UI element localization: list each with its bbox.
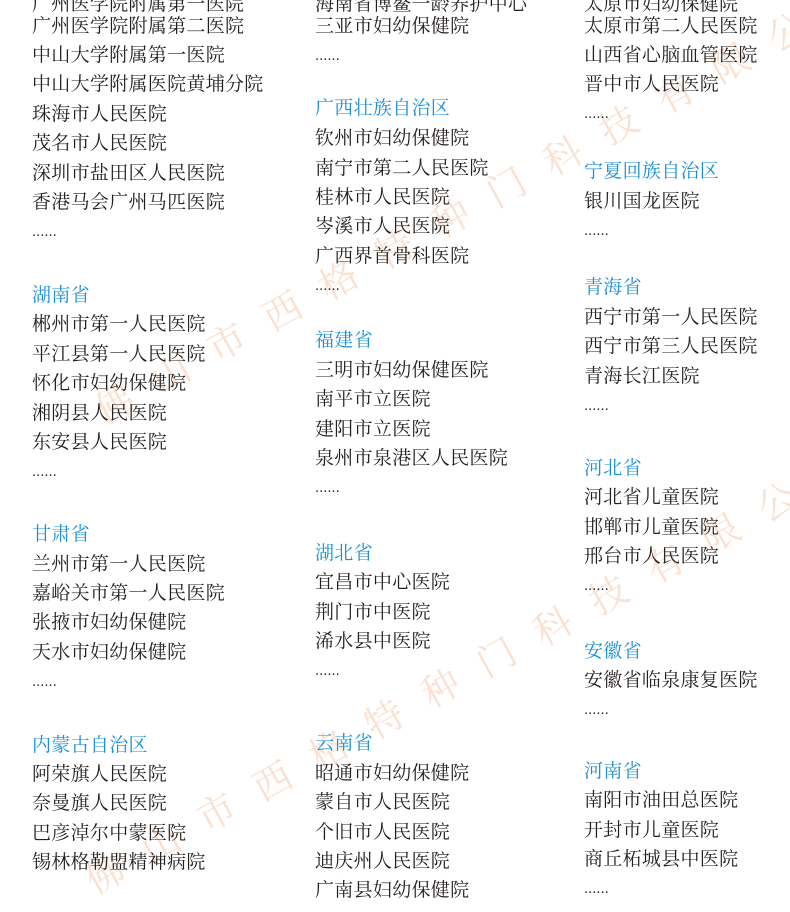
- hospital-item: 嘉峪关市第一人民医院: [32, 582, 225, 604]
- hospital-item: 平江县第一人民医院: [32, 343, 206, 365]
- hospital-item: 西宁市第一人民医院: [584, 306, 758, 328]
- more-ellipsis: ......: [584, 104, 609, 126]
- province-header: 内蒙古自治区: [32, 734, 148, 756]
- hospital-item: 建阳市立医院: [315, 418, 431, 440]
- hospital-item: 青海长江医院: [584, 365, 700, 387]
- more-ellipsis: ......: [584, 879, 609, 901]
- hospital-item: 海南省博鳌一龄养护中心: [315, 0, 527, 15]
- hospital-item: 郴州市第一人民医院: [32, 313, 206, 335]
- hospital-item: 太原市妇幼保健院: [584, 0, 738, 15]
- hospital-item: 三明市妇幼保健医院: [315, 359, 489, 381]
- hospital-item: 锡林格勒盟精神病院: [32, 851, 206, 873]
- hospital-item: 三亚市妇幼保健院: [315, 15, 469, 37]
- hospital-item: 深圳市盐田区人民医院: [32, 162, 225, 184]
- hospital-item: 广州医学院附属第二医院: [32, 15, 244, 37]
- more-ellipsis: ......: [584, 576, 609, 598]
- hospital-item: 湘阴县人民医院: [32, 402, 167, 424]
- hospital-item: 天水市妇幼保健院: [32, 641, 186, 663]
- hospital-item: 广南县妇幼保健院: [315, 879, 469, 901]
- hospital-item: 兰州市第一人民医院: [32, 553, 206, 575]
- hospital-item: 昭通市妇幼保健院: [315, 762, 469, 784]
- more-ellipsis: ......: [315, 478, 340, 500]
- hospital-item: 东安县人民医院: [32, 431, 167, 453]
- hospital-item: 迪庆州人民医院: [315, 850, 450, 872]
- province-header: 广西壮族自治区: [315, 97, 450, 119]
- hospital-item: 晋中市人民医院: [584, 73, 719, 95]
- hospital-item: 安徽省临泉康复医院: [584, 669, 758, 691]
- hospital-item: 广西界首骨科医院: [315, 245, 469, 267]
- province-header: 湖北省: [315, 542, 373, 564]
- more-ellipsis: ......: [584, 700, 609, 722]
- hospital-item: 商丘柘城县中医院: [584, 848, 738, 870]
- hospital-item: 个旧市人民医院: [315, 821, 450, 843]
- province-header: 安徽省: [584, 640, 642, 662]
- hospital-item: 银川国龙医院: [584, 190, 700, 212]
- hospital-item: 怀化市妇幼保健院: [32, 372, 186, 394]
- hospital-item: 钦州市妇幼保健院: [315, 127, 469, 149]
- hospital-item: 桂林市人民医院: [315, 186, 450, 208]
- more-ellipsis: ......: [584, 221, 609, 243]
- more-ellipsis: ......: [32, 222, 57, 244]
- hospital-item: 张掖市妇幼保健院: [32, 611, 186, 633]
- more-ellipsis: ......: [315, 661, 340, 683]
- more-ellipsis: ......: [32, 672, 57, 694]
- hospital-item: 香港马会广州马匹医院: [32, 191, 225, 213]
- province-header: 河南省: [584, 760, 642, 782]
- hospital-item: 邢台市人民医院: [584, 545, 719, 567]
- hospital-item: 南宁市第二人民医院: [315, 157, 489, 179]
- province-header: 宁夏回族自治区: [584, 160, 719, 182]
- hospital-item: 太原市第二人民医院: [584, 15, 758, 37]
- hospital-item: 阿荣旗人民医院: [32, 763, 167, 785]
- hospital-item: 荆门市中医院: [315, 601, 431, 623]
- hospital-item: 奈曼旗人民医院: [32, 792, 167, 814]
- hospital-item: 南阳市油田总医院: [584, 789, 738, 811]
- hospital-item: 邯郸市儿童医院: [584, 516, 719, 538]
- hospital-item: 泉州市泉港区人民医院: [315, 447, 508, 469]
- hospital-item: 岑溪市人民医院: [315, 215, 450, 237]
- province-header: 青海省: [584, 276, 642, 298]
- hospital-item: 蒙自市人民医院: [315, 791, 450, 813]
- hospital-item: 南平市立医院: [315, 388, 431, 410]
- hospital-item: 山西省心脑血管医院: [584, 44, 758, 66]
- hospital-item: 巴彦淖尔中蒙医院: [32, 822, 186, 844]
- province-header: 河北省: [584, 457, 642, 479]
- hospital-item: 中山大学附属医院黄埔分院: [32, 73, 264, 95]
- hospital-item: 中山大学附属第一医院: [32, 44, 225, 66]
- province-header: 甘肃省: [32, 523, 90, 545]
- more-ellipsis: ......: [32, 462, 57, 484]
- hospital-item: 珠海市人民医院: [32, 103, 167, 125]
- province-header: 福建省: [315, 329, 373, 351]
- more-ellipsis: ......: [315, 276, 340, 298]
- hospital-item: 西宁市第三人民医院: [584, 335, 758, 357]
- hospital-item: 河北省儿童医院: [584, 486, 719, 508]
- hospital-item: 宜昌市中心医院: [315, 571, 450, 593]
- province-header: 云南省: [315, 732, 373, 754]
- hospital-item: 茂名市人民医院: [32, 132, 167, 154]
- more-ellipsis: ......: [584, 396, 609, 418]
- hospital-item: 开封市儿童医院: [584, 819, 719, 841]
- province-header: 湖南省: [32, 284, 90, 306]
- hospital-item: 广州医学院附属第一医院: [32, 0, 244, 15]
- hospital-item: 浠水县中医院: [315, 630, 431, 652]
- more-ellipsis: ......: [315, 46, 340, 68]
